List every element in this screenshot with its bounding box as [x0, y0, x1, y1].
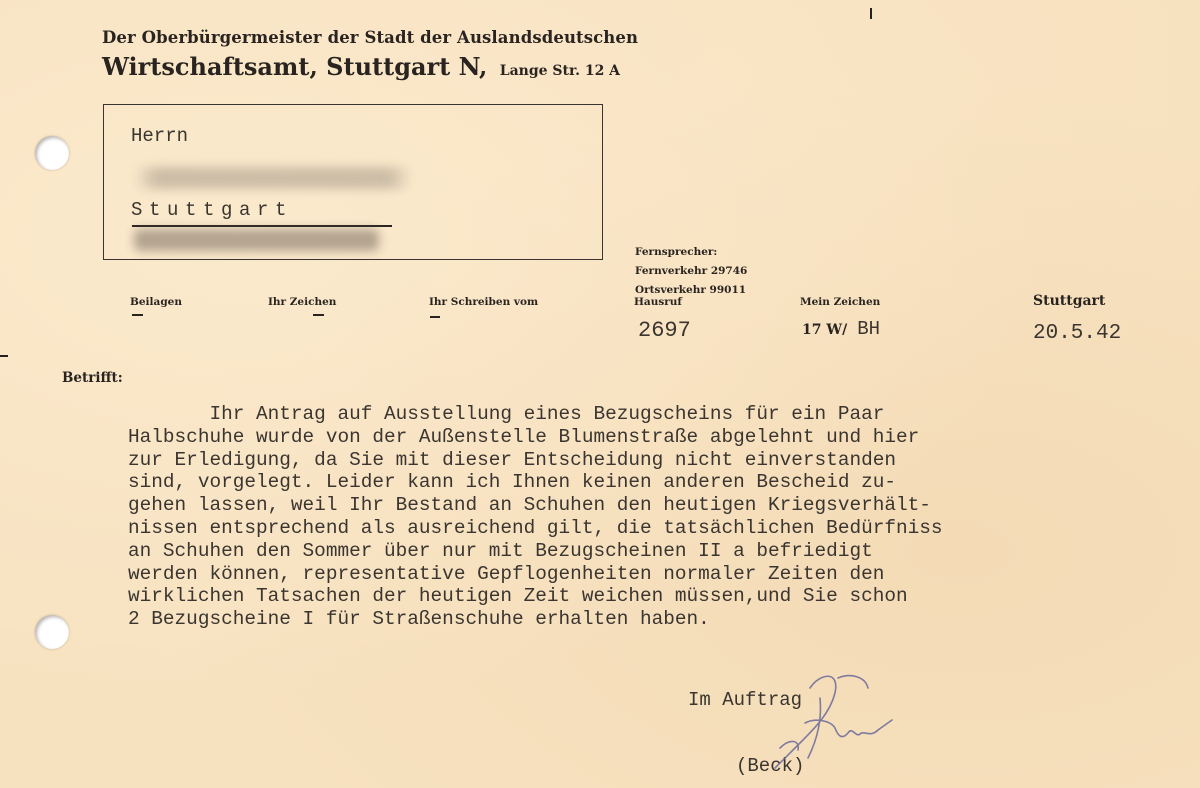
body-line: zur Erledigung, da Sie mit dieser Entsch… — [128, 449, 1198, 472]
subject-label: Betrifft: — [62, 370, 123, 386]
punch-hole-bottom — [35, 615, 69, 649]
body-line: wirklichen Tatsachen der heutigen Zeit w… — [128, 585, 1198, 608]
body-line: nissen entsprechend als ausreichend gilt… — [128, 517, 1198, 540]
place-label: Stuttgart — [1033, 293, 1105, 309]
recipient-city: Stuttgart — [131, 199, 293, 221]
phone-block: Fernsprecher: Fernverkehr 29746 Ortsverk… — [635, 243, 747, 300]
body-line: werden können, representative Gepflogenh… — [128, 563, 1198, 586]
body-line: Ihr Antrag auf Ausstellung eines Bezugsc… — [128, 403, 1198, 426]
body-line: Halbschuhe wurde von der Außenstelle Blu… — [128, 426, 1198, 449]
enclosures-value — [132, 314, 143, 316]
your-letter-value — [430, 316, 440, 318]
your-letter-label: Ihr Schreiben vom — [429, 296, 538, 308]
office-name: Wirtschaftsamt, Stuttgart N, — [102, 52, 487, 81]
letterhead-office: Wirtschaftsamt, Stuttgart N, Lange Str. … — [102, 52, 620, 81]
city-underline — [132, 225, 392, 227]
punch-hole-top — [35, 136, 69, 170]
phone-label: Fernsprecher: — [635, 243, 747, 262]
your-ref-value — [313, 314, 324, 316]
letter-date: 20.5.42 — [1033, 322, 1121, 345]
your-ref-label: Ihr Zeichen — [268, 296, 336, 308]
my-ref-prefix: 17 W/ — [802, 322, 847, 338]
address-window: Herrn Stuttgart — [103, 104, 603, 260]
recipient-name-redacted — [134, 167, 412, 189]
my-ref-value: 17 W/BH — [802, 318, 880, 340]
phone-long-distance: Fernverkehr 29746 — [635, 262, 747, 281]
office-address: Lange Str. 12 A — [500, 63, 620, 79]
body-line: 2 Bezugscheine I für Straßenschuhe erhal… — [128, 608, 1198, 631]
enclosures-label: Beilagen — [130, 296, 182, 308]
handwritten-signature-icon — [760, 668, 900, 778]
letterhead-authority: Der Oberbürgermeister der Stadt der Ausl… — [102, 28, 638, 47]
recipient-salutation: Herrn — [131, 125, 188, 147]
extension-label: Hausruf — [634, 296, 682, 308]
body-line: sind, vorgelegt. Leider kann ich Ihnen k… — [128, 471, 1198, 494]
my-ref-initials: BH — [857, 318, 880, 340]
margin-mark — [870, 8, 872, 19]
body-line: gehen lassen, weil Ihr Bestand an Schuhe… — [128, 494, 1198, 517]
body-line: an Schuhen den Sommer über nur mit Bezug… — [128, 540, 1198, 563]
fold-mark — [0, 355, 8, 357]
letter-body: Ihr Antrag auf Ausstellung eines Bezugsc… — [128, 403, 1198, 631]
my-ref-label: Mein Zeichen — [800, 296, 880, 308]
extension-value: 2697 — [638, 318, 691, 343]
recipient-street-redacted — [134, 229, 379, 251]
